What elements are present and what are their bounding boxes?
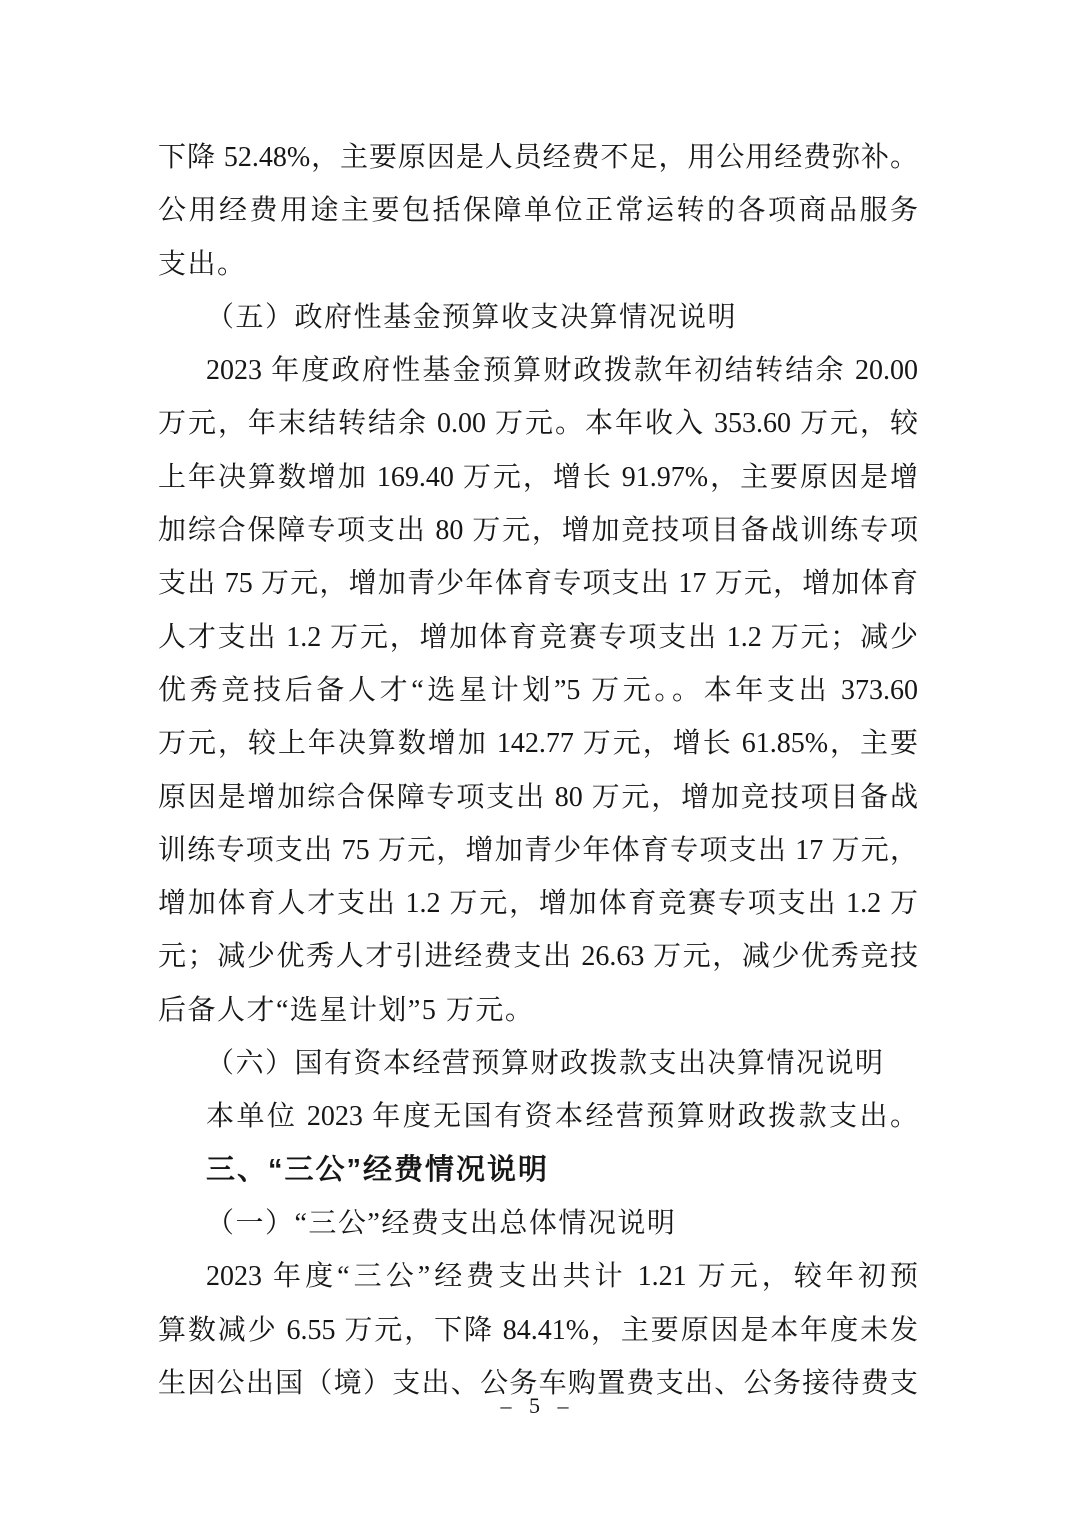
document-page: 下降 52.48%，主要原因是人员经费不足，用公用经费弥补。公用经费用途主要包括…	[0, 0, 1075, 1520]
document-line: 加综合保障专项支出 80 万元，增加竞技项目备战训练专项	[158, 504, 918, 557]
section-heading: （一）“三公”经费支出总体情况说明	[158, 1197, 918, 1250]
document-line: 元；减少优秀人才引进经费支出 26.63 万元，减少优秀竞技	[158, 930, 918, 983]
document-line: 原因是增加综合保障专项支出 80 万元，增加竞技项目备战	[158, 771, 918, 824]
document-line: 算数减少 6.55 万元，下降 84.41%，主要原因是本年度未发	[158, 1304, 918, 1357]
section-heading: （五）政府性基金预算收支决算情况说明	[158, 291, 918, 344]
document-line: 万元，较上年决算数增加 142.77 万元，增长 61.85%，主要	[158, 717, 918, 770]
document-line: 2023 年度“三公”经费支出共计 1.21 万元，较年初预	[158, 1250, 918, 1303]
document-line: 人才支出 1.2 万元，增加体育竞赛专项支出 1.2 万元；减少	[158, 611, 918, 664]
section-heading: （六）国有资本经营预算财政拨款支出决算情况说明	[158, 1037, 918, 1090]
document-line: 训练专项支出 75 万元，增加青少年体育专项支出 17 万元，	[158, 824, 918, 877]
document-line: 支出。	[158, 238, 918, 291]
document-line: 上年决算数增加 169.40 万元，增长 91.97%，主要原因是增	[158, 451, 918, 504]
document-line: 2023 年度政府性基金预算财政拨款年初结转结余 20.00	[158, 344, 918, 397]
document-line: 增加体育人才支出 1.2 万元，增加体育竞赛专项支出 1.2 万	[158, 877, 918, 930]
document-line: 优秀竞技后备人才“选星计划”5 万元。。本年支出 373.60	[158, 664, 918, 717]
document-line: 支出 75 万元，增加青少年体育专项支出 17 万元，增加体育	[158, 557, 918, 610]
document-line: 公用经费用途主要包括保障单位正常运转的各项商品服务	[158, 184, 918, 237]
document-body: 下降 52.48%，主要原因是人员经费不足，用公用经费弥补。公用经费用途主要包括…	[158, 131, 918, 1410]
document-line: 万元，年末结转结余 0.00 万元。本年收入 353.60 万元，较	[158, 397, 918, 450]
document-line: 下降 52.48%，主要原因是人员经费不足，用公用经费弥补。	[158, 131, 918, 184]
page-number: – 5 –	[0, 1393, 1075, 1419]
document-line: 后备人才“选星计划”5 万元。	[158, 984, 918, 1037]
chapter-heading: 三、“三公”经费情况说明	[158, 1144, 918, 1197]
document-line: 本单位 2023 年度无国有资本经营预算财政拨款支出。	[158, 1090, 918, 1143]
